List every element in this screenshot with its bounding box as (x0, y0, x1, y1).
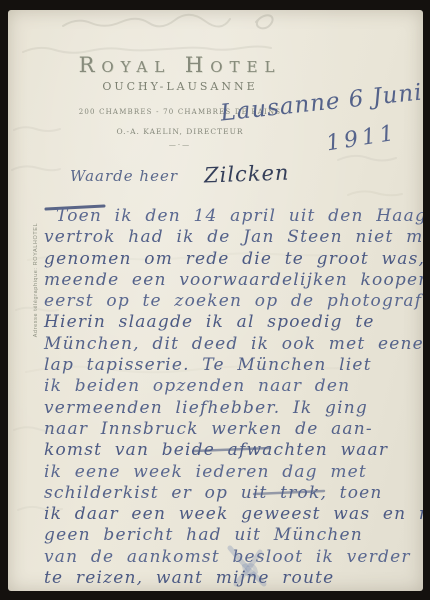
handwritten-line: naar Innsbruck werken de aan- (44, 419, 417, 440)
letter-paper: Royal Hotel OUCHY-LAUSANNE 200 CHAMBRES … (8, 10, 423, 591)
salutation: Waarde heerZilcken (70, 162, 289, 186)
handwritten-line: Toen ik den 14 april uit den Haag (44, 206, 417, 227)
handwritten-line: komst van beide afwachten waar (44, 440, 417, 461)
handwritten-line: Hierin slaagde ik al spoedig te (44, 312, 417, 333)
handwritten-line: van de aankomst besloot ik verder (44, 547, 417, 568)
handwritten-line: München, dit deed ik ook met eene (44, 334, 417, 355)
hotel-name: Royal Hotel (48, 54, 312, 76)
handwritten-line: vertrok had ik de Jan Steen niet mede (44, 227, 417, 248)
handwritten-line: genomen om rede die te groot was, en (44, 249, 417, 270)
letter-body: Toen ik den 14 april uit den Haag vertro… (44, 206, 417, 589)
scan-border: Royal Hotel OUCHY-LAUSANNE 200 CHAMBRES … (0, 0, 430, 600)
handwritten-line: ik eene week iederen dag met (44, 462, 417, 483)
handwritten-line: schilderkist er op uit trok, toen (44, 483, 417, 504)
handwritten-line: ik daar een week geweest was en nog (44, 504, 417, 525)
handwritten-line: te reizen, want mijne route (44, 568, 417, 589)
hotel-location: OUCHY-LAUSANNE (48, 80, 312, 93)
salutation-name: Zilcken (204, 161, 290, 188)
telegraph-address: Adresse télégraphique: ROYALHOTEL (33, 210, 43, 350)
salutation-prefix: Waarde heer (70, 167, 178, 185)
handwritten-line: eerst op te zoeken op de photografie. (44, 291, 417, 312)
handwritten-line: lap tapisserie. Te München liet (44, 355, 417, 376)
handwritten-line: meende een voorwaardelijken kooper (44, 270, 417, 291)
handwritten-line: geen bericht had uit München (44, 525, 417, 546)
handwritten-line: ik beiden opzenden naar den (44, 376, 417, 397)
handwritten-line: vermeenden liefhebber. Ik ging (44, 398, 417, 419)
letterhead-ornament: —·— (48, 141, 312, 149)
hotel-director: O.-A. KAELIN, DIRECTEUR (48, 127, 312, 136)
